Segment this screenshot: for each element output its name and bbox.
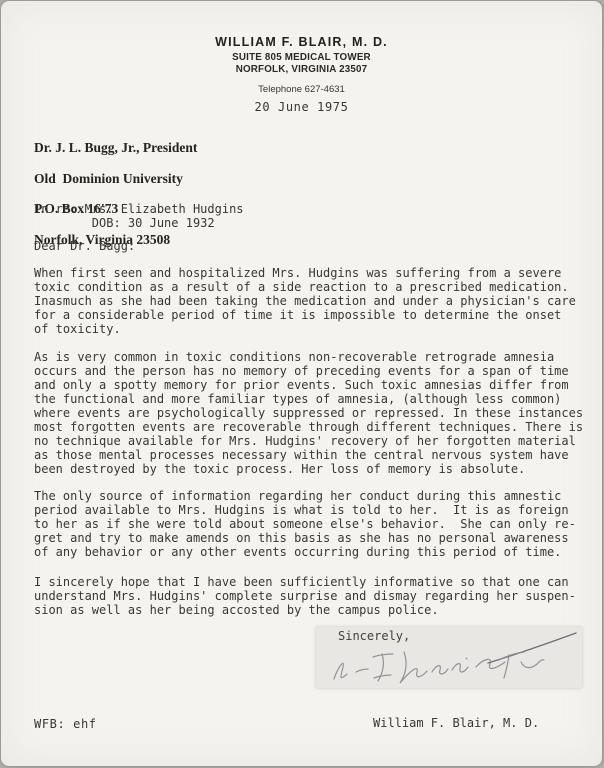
- recipient-address: Dr. J. L. Bugg, Jr., President Old Domin…: [34, 140, 197, 247]
- scanned-letter: WILLIAM F. BLAIR, M. D. SUITE 805 MEDICA…: [0, 0, 604, 768]
- recipient-line: Old Dominion University: [34, 171, 183, 186]
- body-paragraph-2: As is very common in toxic conditions no…: [34, 350, 583, 476]
- signer-typed-name: William F. Blair, M. D.: [373, 716, 539, 730]
- letter-date: 20 June 1975: [1, 100, 602, 114]
- recipient-line: Dr. J. L. Bugg, Jr., President: [34, 140, 197, 155]
- salutation: Dear Dr. Bugg:: [34, 239, 135, 253]
- signature-patch: Sincerely,: [316, 627, 582, 688]
- body-paragraph-1: When first seen and hospitalized Mrs. Hu…: [34, 266, 576, 336]
- reference-initials: WFB: ehf: [34, 717, 97, 731]
- letterhead-name: WILLIAM F. BLAIR, M. D.: [1, 35, 602, 49]
- signature-scrawl-icon: [316, 627, 582, 688]
- letterhead-suite: SUITE 805 MEDICAL TOWER: [1, 52, 602, 63]
- letter-page: WILLIAM F. BLAIR, M. D. SUITE 805 MEDICA…: [1, 1, 602, 766]
- letterhead-city: NORFOLK, VIRGINIA 23507: [1, 64, 602, 75]
- subject-re-line: In re: Mrs. Elizabeth Hudgins DOB: 30 Ju…: [34, 202, 244, 230]
- body-paragraph-4: I sincerely hope that I have been suffic…: [34, 575, 576, 617]
- body-paragraph-3: The only source of information regarding…: [34, 489, 576, 559]
- letterhead-phone: Telephone 627-4631: [1, 84, 602, 95]
